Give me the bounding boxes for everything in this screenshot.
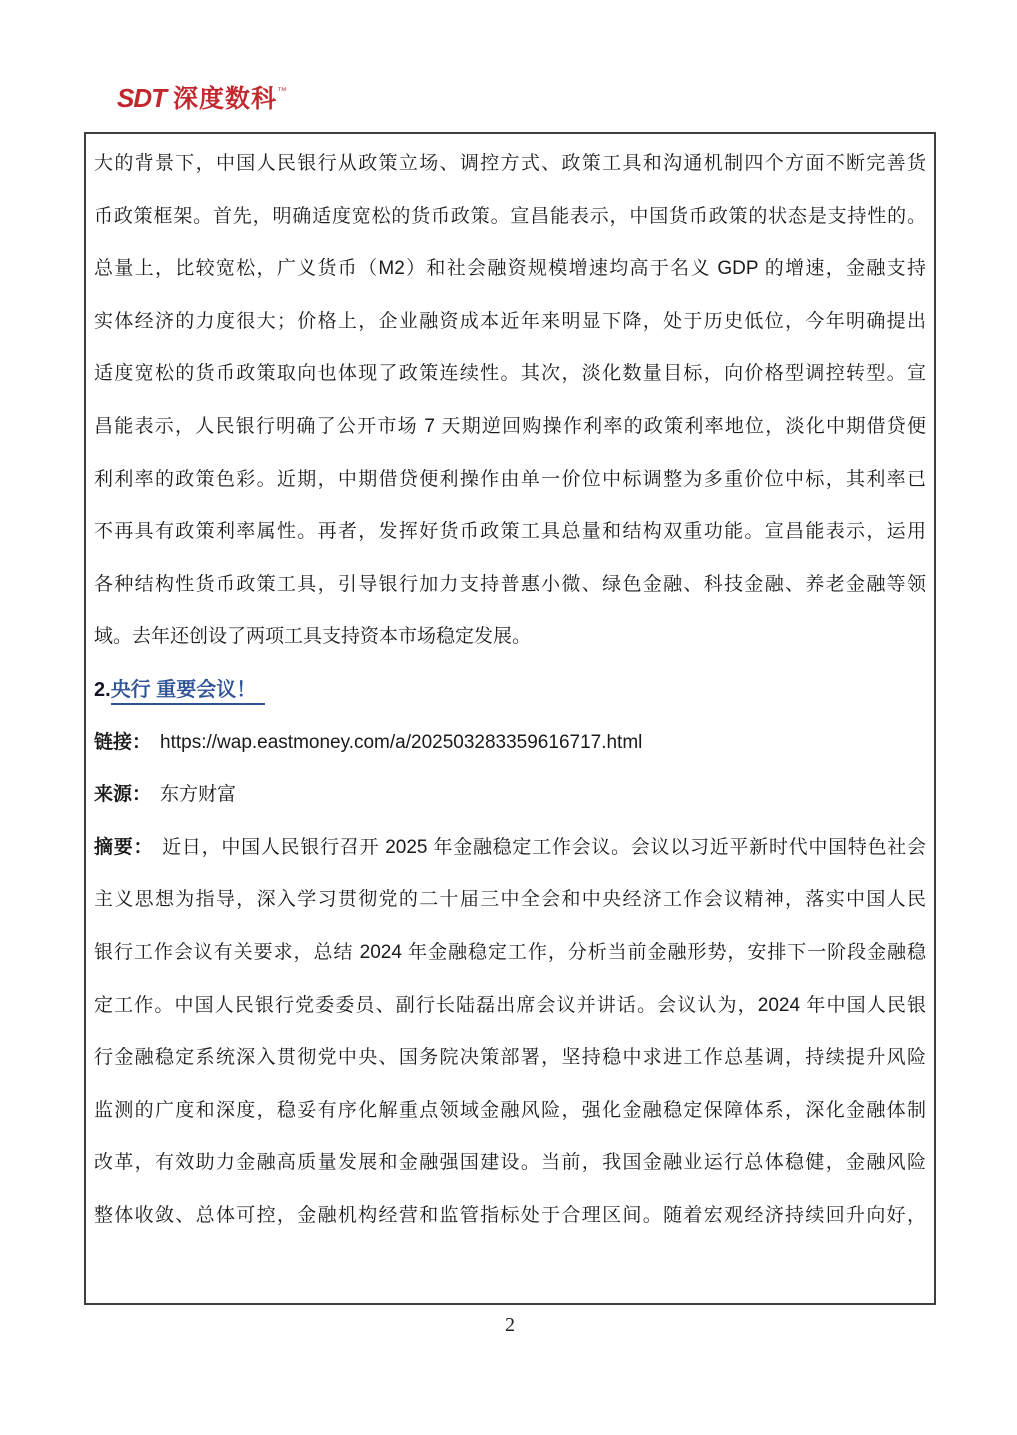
summary-line: 主义思想为指导，深入学习贯彻党的二十届三中全会和中央经济工作会议精神，落实中国人… — [94, 874, 926, 927]
section-heading: 2.央行 重要会议！ — [94, 664, 926, 717]
section-number: 2. — [94, 679, 111, 701]
article-url: https://wap.eastmoney.com/a/202503283359… — [160, 732, 642, 753]
trademark-icon: ™ — [277, 86, 287, 97]
paragraph-line: 昌能表示，人民银行明确了公开市场 7 天期逆回购操作利率的政策利率地位，淡化中期… — [94, 401, 926, 454]
source-value: 东方财富 — [160, 784, 236, 805]
section-heading-link[interactable]: 央行 重要会议！ — [111, 679, 266, 705]
paragraph-line: 适度宽松的货币政策取向也体现了政策连续性。其次，淡化数量目标，向价格型调控转型。… — [94, 348, 926, 401]
source-label: 来源： — [94, 784, 151, 805]
source-row: 来源：东方财富 — [94, 769, 926, 822]
summary-line: 监测的广度和深度，稳妥有序化解重点领域金融风险，强化金融稳定保障体系，深化金融体… — [94, 1085, 926, 1138]
summary-line: 银行工作会议有关要求，总结 2024 年金融稳定工作，分析当前金融形势，安排下一… — [94, 927, 926, 980]
summary-line: 整体收敛、总体可控，金融机构经营和监管指标处于合理区间。随着宏观经济持续回升向好… — [94, 1190, 926, 1243]
paragraph-line: 总量上，比较宽松，广义货币（M2）和社会融资规模增速均高于名义 GDP 的增速，… — [94, 243, 926, 296]
paragraph-line: 不再具有政策利率属性。再者，发挥好货币政策工具总量和结构双重功能。宣昌能表示，运… — [94, 506, 926, 559]
paragraph-line: 币政策框架。首先，明确适度宽松的货币政策。宣昌能表示，中国货币政策的状态是支持性… — [94, 191, 926, 244]
sdt-logo-name: 深度数科 — [173, 85, 277, 113]
page-number: 2 — [84, 1314, 936, 1337]
link-label: 链接： — [94, 732, 151, 753]
summary-label: 摘要： — [94, 837, 153, 858]
sdt-logo: SDT深度数科™ — [117, 84, 287, 117]
summary-line: 定工作。中国人民银行党委委员、副行长陆磊出席会议并讲话。会议认为，2024 年中… — [94, 980, 926, 1033]
summary-line: 改革，有效助力金融高质量发展和金融强国建设。当前，我国金融业运行总体稳健，金融风… — [94, 1137, 926, 1190]
document-content-box: 大的背景下，中国人民银行从政策立场、调控方式、政策工具和沟通机制四个方面不断完善… — [84, 132, 936, 1305]
monetary-policy-paragraph: 大的背景下，中国人民银行从政策立场、调控方式、政策工具和沟通机制四个方面不断完善… — [94, 138, 926, 664]
sdt-logo-mark: SDT — [117, 83, 166, 113]
link-row: 链接：https://wap.eastmoney.com/a/202503283… — [94, 717, 926, 770]
paragraph-line: 各种结构性货币政策工具，引导银行加力支持普惠小微、绿色金融、科技金融、养老金融等… — [94, 559, 926, 612]
paragraph-line: 实体经济的力度很大；价格上，企业融资成本近年来明显下降，处于历史低位，今年明确提… — [94, 296, 926, 349]
summary-first-line: 摘要：近日，中国人民银行召开 2025 年金融稳定工作会议。会议以习近平新时代中… — [94, 822, 926, 875]
paragraph-line: 利利率的政策色彩。近期，中期借贷便利操作由单一价位中标调整为多重价位中标，其利率… — [94, 454, 926, 507]
summary-text-start: 近日，中国人民银行召开 2025 年金融稳定工作会议。会议以习近平新时代中国特色… — [162, 837, 926, 858]
paragraph-line: 大的背景下，中国人民银行从政策立场、调控方式、政策工具和沟通机制四个方面不断完善… — [94, 138, 926, 191]
summary-line: 行金融稳定系统深入贯彻党中央、国务院决策部署，坚持稳中求进工作总基调，持续提升风… — [94, 1032, 926, 1085]
paragraph-line: 域。去年还创设了两项工具支持资本市场稳定发展。 — [94, 611, 926, 664]
summary-paragraph: 主义思想为指导，深入学习贯彻党的二十届三中全会和中央经济工作会议精神，落实中国人… — [94, 874, 926, 1242]
